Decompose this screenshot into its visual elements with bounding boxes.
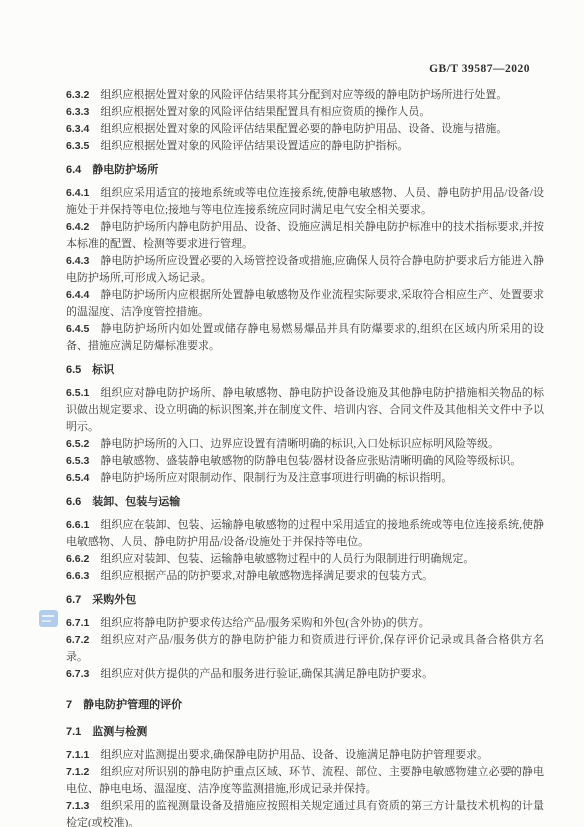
page-number: 3 xyxy=(507,765,512,776)
chapter-number: 7 xyxy=(66,699,72,711)
clause-number: 6.4.3 xyxy=(66,255,89,267)
section-title: 采购外包 xyxy=(92,594,136,606)
clause-text: 组织应对静电防护场所、静电敏感物、静电防护设备设施及其他静电防护措施相关物品的标… xyxy=(66,387,544,433)
clause-6-6-2: 6.6.2组织应对装卸、包装、运输静电敏感物过程中的人员行为限制进行明确规定。 xyxy=(66,551,544,568)
clause-6-3-4: 6.3.4组织应根据处置对象的风险评估结果配置必要的静电防护用品、设备、设施与措… xyxy=(66,121,544,138)
clause-text: 组织应在装卸、包装、运输静电敏感物的过程中采用适宜的接地系统或等电位连接系统,使… xyxy=(66,519,544,548)
clause-number: 6.3.3 xyxy=(66,106,89,118)
section-heading-6-7: 6.7采购外包 xyxy=(66,592,544,609)
clause-number: 6.7.3 xyxy=(66,668,89,680)
document-body: 6.3.2组织应根据处置对象的风险评估结果将其分配到对应等级的静电防护场所进行处… xyxy=(66,87,544,827)
clause-number: 6.7.2 xyxy=(66,634,89,646)
clause-text: 组织采用的监视测量设备及措施应按照相关规定通过具有资质的第三方计量技术机构的计量… xyxy=(66,800,544,827)
clause-number: 6.6.3 xyxy=(66,570,89,582)
section-title: 静电防护场所 xyxy=(92,164,158,176)
clause-text: 组织应对所识别的静电防护重点区域、环节、流程、部位、主要静电敏感物建立必要的静电… xyxy=(66,766,544,795)
clause-text: 组织应根据处置对象的风险评估结果将其分配到对应等级的静电防护场所进行处置。 xyxy=(100,89,507,101)
clause-text: 静电防护场所内如处置或储存静电易燃易爆品并具有防爆要求的,组织在区域内所采用的设… xyxy=(66,323,544,352)
clause-number: 6.4.1 xyxy=(66,187,89,199)
clause-number: 6.3.2 xyxy=(66,89,89,101)
clause-text: 组织应对供方提供的产品和服务进行验证,确保其满足静电防护要求。 xyxy=(100,668,433,680)
clause-text: 静电防护场所内应根据所处置静电敏感物及作业流程实际要求,采取符合相应生产、处置要… xyxy=(66,289,544,318)
clause-text: 静电防护场所的入口、边界应设置有清晰明确的标识,入口处标识应标明风险等级。 xyxy=(100,438,499,450)
clause-6-7-2: 6.7.2组织应对产品/服务供方的静电防护能力和资质进行评价,保存评价记录或具备… xyxy=(66,632,544,666)
section-heading-6-5: 6.5标识 xyxy=(66,362,544,379)
clause-text: 静电防护场所应设置必要的入场管控设备或措施,应确保人员符合静电防护要求后方能进入… xyxy=(66,255,544,284)
chapter-heading-7: 7静电防护管理的评价 xyxy=(66,697,544,714)
section-number: 6.7 xyxy=(66,594,81,606)
document-page: GB/T 39587—2020 6.3.2组织应根据处置对象的风险评估结果将其分… xyxy=(0,0,584,827)
clause-6-4-1: 6.4.1组织应采用适宜的接地系统或等电位连接系统,使静电敏感物、人员、静电防护… xyxy=(66,185,544,219)
clause-number: 6.6.1 xyxy=(66,519,89,531)
clause-text: 组织应对装卸、包装、运输静电敏感物过程中的人员行为限制进行明确规定。 xyxy=(100,553,474,565)
clause-text: 组织应对产品/服务供方的静电防护能力和资质进行评价,保存评价记录或具备合格供方名… xyxy=(66,634,544,663)
clause-number: 6.5.4 xyxy=(66,472,89,484)
section-number: 6.4 xyxy=(66,164,81,176)
clause-7-1-3: 7.1.3组织采用的监视测量设备及措施应按照相关规定通过具有资质的第三方计量技术… xyxy=(66,798,544,827)
clause-text: 组织应对监测提出要求,确保静电防护用品、设备、设施满足静电防护管理要求。 xyxy=(100,749,488,761)
clause-number: 6.3.4 xyxy=(66,123,89,135)
section-title: 标识 xyxy=(92,364,114,376)
clause-text: 组织应根据产品的防护要求,对静电敏感物选择满足要求的包装方式。 xyxy=(100,570,433,582)
clause-number: 6.3.5 xyxy=(66,140,89,152)
section-title: 装卸、包装与运输 xyxy=(92,496,180,508)
clause-6-7-3: 6.7.3组织应对供方提供的产品和服务进行验证,确保其满足静电防护要求。 xyxy=(66,666,544,683)
clause-6-6-1: 6.6.1组织应在装卸、包装、运输静电敏感物的过程中采用适宜的接地系统或等电位连… xyxy=(66,517,544,551)
clause-7-1-2: 7.1.2组织应对所识别的静电防护重点区域、环节、流程、部位、主要静电敏感物建立… xyxy=(66,764,544,798)
clause-number: 7.1.2 xyxy=(66,766,89,778)
clause-6-5-2: 6.5.2静电防护场所的入口、边界应设置有清晰明确的标识,入口处标识应标明风险等… xyxy=(66,436,544,453)
clause-6-6-3: 6.6.3组织应根据产品的防护要求,对静电敏感物选择满足要求的包装方式。 xyxy=(66,568,544,585)
clause-number: 6.5.3 xyxy=(66,455,89,467)
clause-number: 6.4.5 xyxy=(66,323,89,335)
blue-stamp-watermark-icon xyxy=(39,610,58,627)
clause-text: 组织应将静电防护要求传达给产品/服务采购和外包(含外协)的供方。 xyxy=(100,617,429,629)
clause-number: 6.4.2 xyxy=(66,221,89,233)
clause-number: 6.5.1 xyxy=(66,387,89,399)
section-number: 7.1 xyxy=(66,726,81,738)
clause-6-5-3: 6.5.3静电敏感物、盛装静电敏感物的防静电包装/器材设备应张贴清晰明确的风险等… xyxy=(66,453,544,470)
clause-6-4-2: 6.4.2静电防护场所内静电防护用品、设备、设施应满足相关静电防护标准中的技术指… xyxy=(66,219,544,253)
clause-6-3-3: 6.3.3组织应根据处置对象的风险评估结果配置具有相应资质的操作人员。 xyxy=(66,104,544,121)
clause-text: 组织应根据处置对象的风险评估结果配置必要的静电防护用品、设备、设施与措施。 xyxy=(100,123,507,135)
clause-6-5-1: 6.5.1组织应对静电防护场所、静电敏感物、静电防护设备设施及其他静电防护措施相… xyxy=(66,385,544,436)
standard-number-header: GB/T 39587—2020 xyxy=(429,63,530,75)
clause-text: 静电防护场所内静电防护用品、设备、设施应满足相关静电防护标准中的技术指标要求,并… xyxy=(66,221,544,250)
clause-6-3-5: 6.3.5组织应根据处置对象的风险评估结果设置适应的静电防护指标。 xyxy=(66,138,544,155)
clause-7-1-1: 7.1.1组织应对监测提出要求,确保静电防护用品、设备、设施满足静电防护管理要求… xyxy=(66,747,544,764)
clause-text: 组织应根据处置对象的风险评估结果配置具有相应资质的操作人员。 xyxy=(100,106,430,118)
clause-text: 静电防护场所应对限制动作、限制行为及注意事项进行明确的标识指明。 xyxy=(100,472,452,484)
clause-number: 6.6.2 xyxy=(66,553,89,565)
clause-number: 6.7.1 xyxy=(66,617,89,629)
clause-6-3-2: 6.3.2组织应根据处置对象的风险评估结果将其分配到对应等级的静电防护场所进行处… xyxy=(66,87,544,104)
section-number: 6.6 xyxy=(66,496,81,508)
section-heading-6-4: 6.4静电防护场所 xyxy=(66,162,544,179)
clause-6-4-4: 6.4.4静电防护场所内应根据所处置静电敏感物及作业流程实际要求,采取符合相应生… xyxy=(66,287,544,321)
clause-6-5-4: 6.5.4静电防护场所应对限制动作、限制行为及注意事项进行明确的标识指明。 xyxy=(66,470,544,487)
clause-6-4-5: 6.4.5静电防护场所内如处置或储存静电易燃易爆品并具有防爆要求的,组织在区域内… xyxy=(66,321,544,355)
chapter-title: 静电防护管理的评价 xyxy=(83,699,182,711)
clause-6-7-1: 6.7.1组织应将静电防护要求传达给产品/服务采购和外包(含外协)的供方。 xyxy=(66,615,544,632)
clause-number: 7.1.3 xyxy=(66,800,89,812)
clause-text: 静电敏感物、盛装静电敏感物的防静电包装/器材设备应张贴清晰明确的风险等级标识。 xyxy=(100,455,521,467)
section-heading-7-1: 7.1监测与检测 xyxy=(66,724,544,741)
section-title: 监测与检测 xyxy=(92,726,147,738)
clause-number: 6.5.2 xyxy=(66,438,89,450)
clause-6-4-3: 6.4.3静电防护场所应设置必要的入场管控设备或措施,应确保人员符合静电防护要求… xyxy=(66,253,544,287)
clause-text: 组织应采用适宜的接地系统或等电位连接系统,使静电敏感物、人员、静电防护用品/设备… xyxy=(66,187,544,216)
clause-number: 6.4.4 xyxy=(66,289,89,301)
section-number: 6.5 xyxy=(66,364,81,376)
clause-text: 组织应根据处置对象的风险评估结果设置适应的静电防护指标。 xyxy=(100,140,408,152)
clause-number: 7.1.1 xyxy=(66,749,89,761)
section-heading-6-6: 6.6装卸、包装与运输 xyxy=(66,494,544,511)
